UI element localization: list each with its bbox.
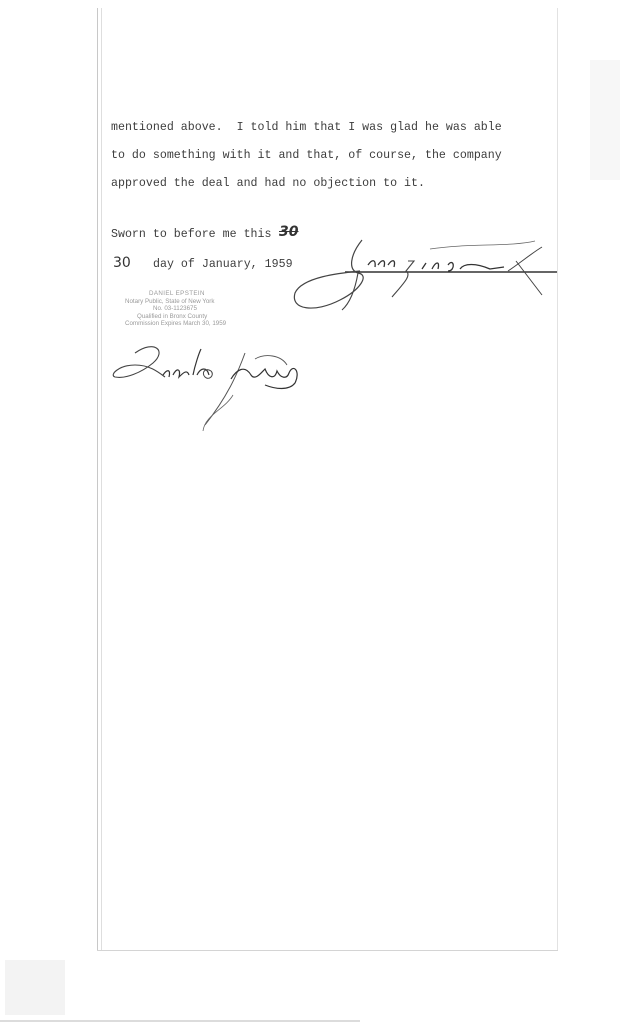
body-line: to do something with it and that, of cou… [111,149,502,162]
notary-stamp-line: No. 03-1123675 [125,305,285,313]
page-right-edge [557,8,558,950]
body-line: approved the deal and had no objection t… [111,177,425,190]
scan-bottom-edge [0,1020,360,1022]
notary-stamp-name: DANIEL EPSTEIN [125,290,285,298]
notary-stamp-line: Commission Expires March 30, 1959 [125,320,285,328]
body-line: mentioned above. I told him that I was g… [111,121,502,134]
handwritten-date: 30 [113,255,131,271]
jurat-line-1: Sworn to before me this [111,228,271,241]
page-bottom-edge [97,950,558,951]
jurat-line-2: day of January, 1959 [153,258,293,271]
notary-signature [105,335,305,435]
notary-stamp-line: Notary Public, State of New York [125,298,285,306]
affiant-signature [280,235,570,315]
notary-stamp-line: Qualified in Bronx County [125,313,285,321]
page-left-edge [97,8,102,950]
notary-stamp: DANIEL EPSTEIN Notary Public, State of N… [125,290,285,328]
scan-smudge [5,960,65,1015]
scan-smudge [590,60,620,180]
